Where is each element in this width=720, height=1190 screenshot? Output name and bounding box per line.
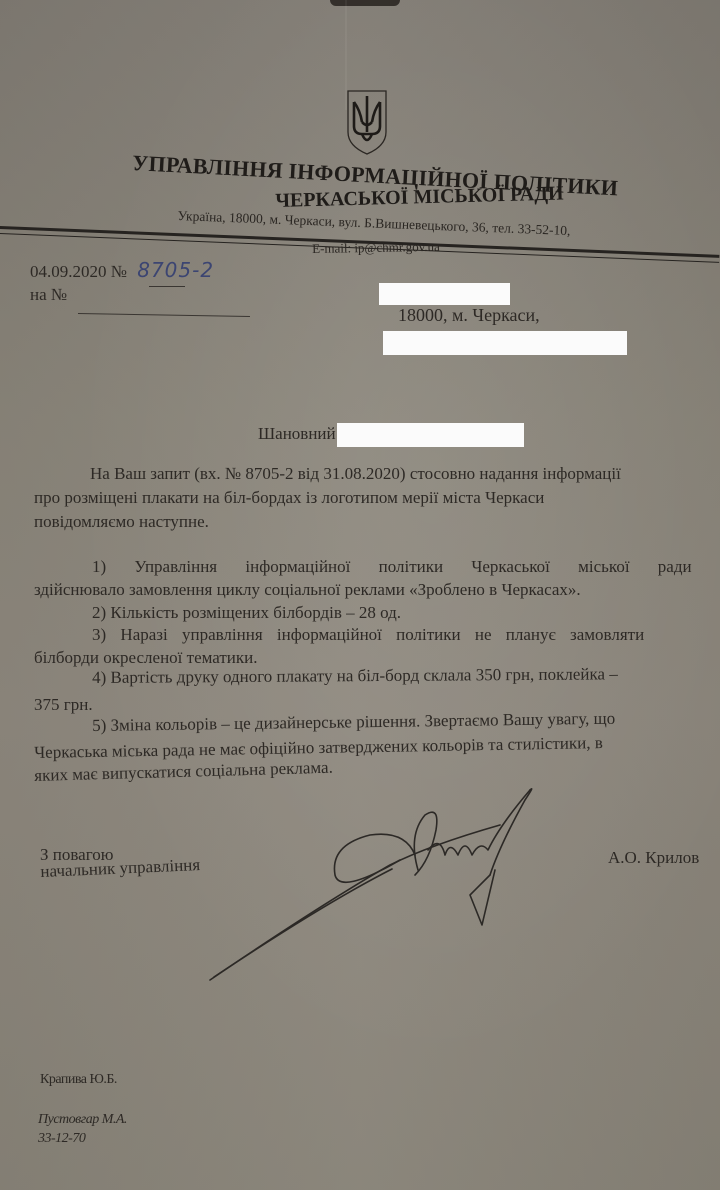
recipient-city: 18000, м. Черкаси, <box>398 305 540 326</box>
paper-fold-shadow <box>330 0 400 6</box>
redacted-recipient-name <box>379 283 510 305</box>
organization-address: Україна, 18000, м. Черкаси, вул. Б.Вишне… <box>177 208 570 239</box>
item-1-line-2: здійснювало замовлення циклу соціальної … <box>34 580 581 600</box>
executor-phone: 33-12-70 <box>38 1131 85 1147</box>
item-4-line-2: 375 грн. <box>34 695 93 715</box>
executor-2: Пустовгар М.А. <box>38 1112 127 1128</box>
salutation: Шановний <box>258 424 336 444</box>
executor-1: Крапива Ю.Б. <box>40 1072 117 1088</box>
number-label: № <box>111 262 127 281</box>
intro-line-1: На Ваш запит (вх. № 8705-2 від 31.08.202… <box>90 464 621 484</box>
item-5-line-1: 5) Зміна кольорів – це дизайнерське ріше… <box>92 709 615 736</box>
handwritten-signature-icon <box>200 785 560 985</box>
item-1-line-1: 1) Управління інформаційної політики Чер… <box>92 557 692 577</box>
intro-line-3: повідомляємо наступне. <box>34 512 209 532</box>
item-3-line-2: білборди окресленої тематики. <box>34 648 258 668</box>
number-underline <box>149 286 185 287</box>
organization-council: ЧЕРКАСЬКОЇ МІСЬКОЇ РАДИ <box>275 182 564 213</box>
organization-email: E-mail: ip@chmr.gov.ua <box>312 239 440 257</box>
redacted-recipient-salutation <box>337 423 524 447</box>
reply-to-underline <box>78 313 250 317</box>
signer-name: А.О. Крилов <box>608 848 699 868</box>
intro-line-2: про розміщені плакати на біл-бордах із л… <box>34 488 710 508</box>
item-2-line-1: 2) Кількість розміщених білбордів – 28 о… <box>92 603 401 623</box>
trident-coat-of-arms-icon <box>344 88 390 156</box>
letter-page: УПРАВЛІННЯ ІНФОРМАЦІЙНОЇ ПОЛІТИКИ ЧЕРКАС… <box>0 0 720 1190</box>
item-4-line-1: 4) Вартість друку одного плакату на біл-… <box>92 664 618 688</box>
reply-to-label: на № <box>30 285 67 305</box>
redacted-recipient-address <box>383 331 627 355</box>
handwritten-number: 8705-2 <box>137 258 214 282</box>
letter-date: 04.09.2020 <box>30 262 107 281</box>
outgoing-registration: 04.09.2020 № 8705-2 <box>30 258 214 282</box>
item-3-line-1: 3) Наразі управління інформаційної політ… <box>92 625 644 645</box>
